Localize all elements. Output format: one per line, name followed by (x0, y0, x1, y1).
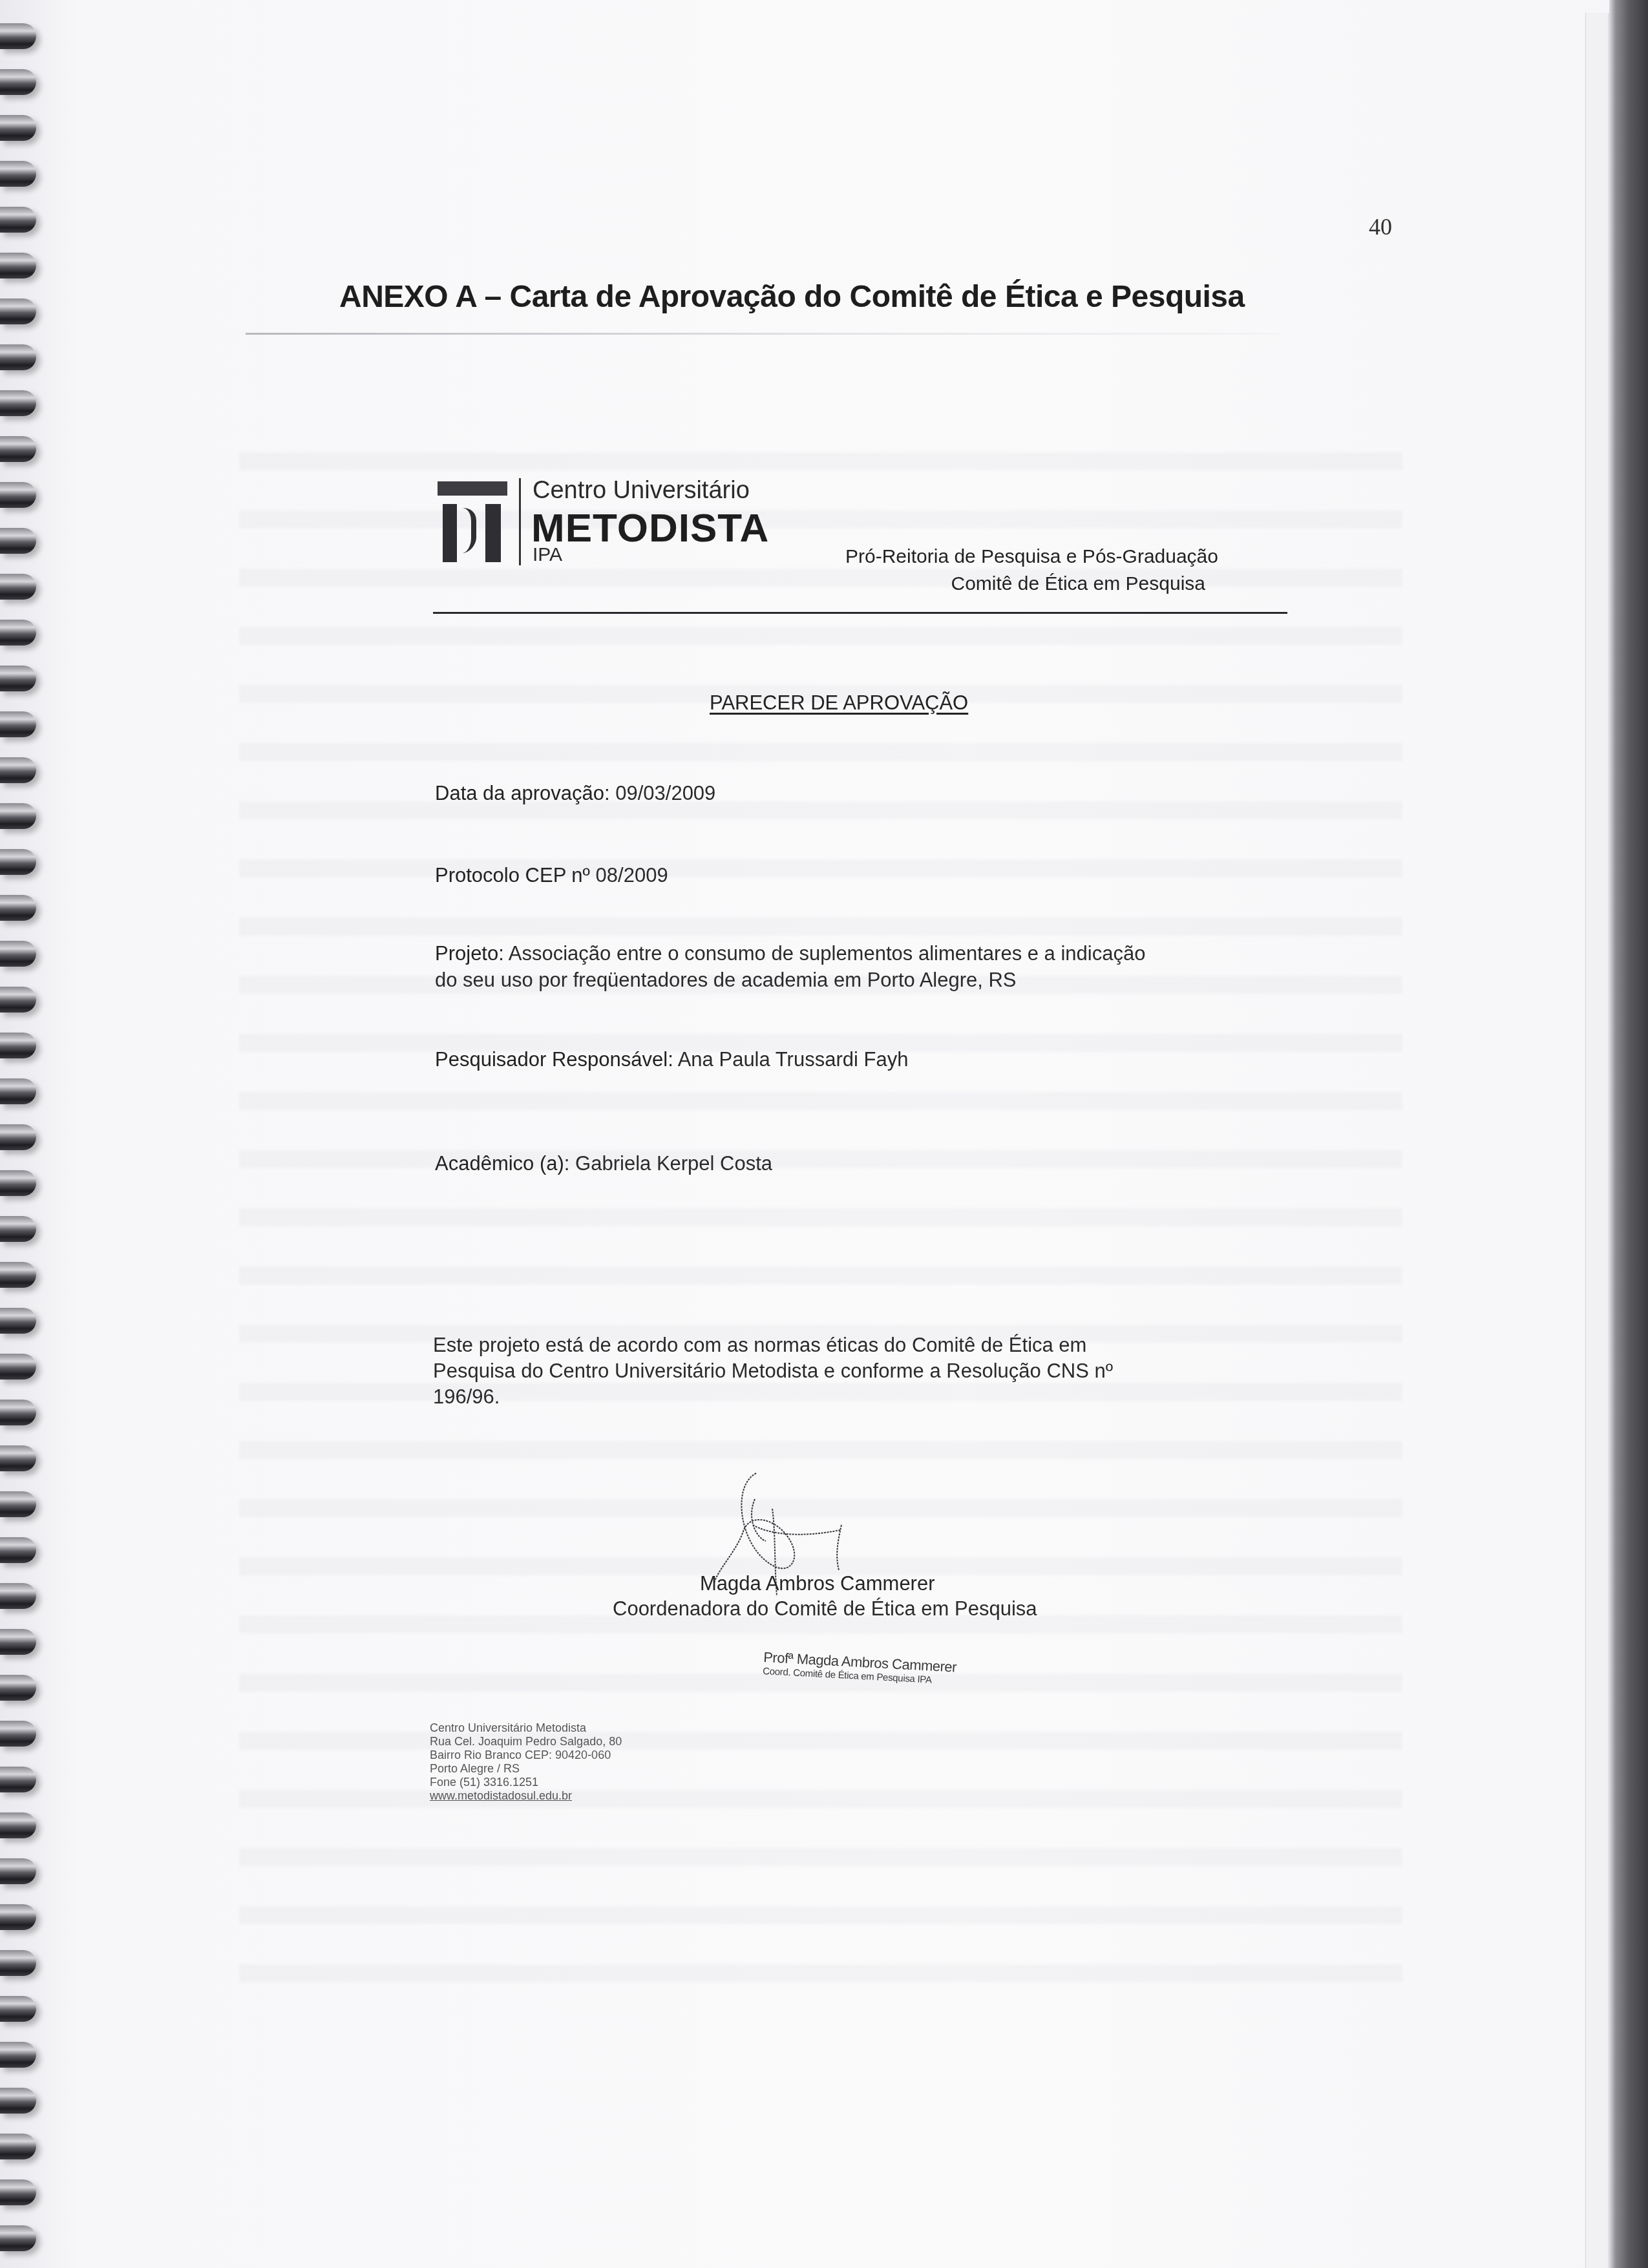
bleed-through-line (239, 1790, 1402, 1808)
binding-ring (0, 1950, 36, 1976)
binding-ring (0, 253, 36, 278)
binding-ring (0, 2225, 36, 2251)
address-line5: Fone (51) 3316.1251 (430, 1776, 622, 1789)
researcher-field: Pesquisador Responsável: Ana Paula Truss… (435, 1048, 908, 1071)
binding-ring (0, 620, 36, 646)
institution-name-line2: METODISTA (531, 505, 769, 551)
address-line3: Bairro Rio Branco CEP: 90420-060 (430, 1748, 622, 1762)
binding-ring (0, 23, 36, 49)
bleed-through-line (239, 1092, 1402, 1110)
document-page: 40 ANEXO A – Carta de Aprovação do Comit… (0, 0, 1609, 2268)
binding-ring (0, 574, 36, 600)
binding-ring (0, 1262, 36, 1288)
researcher-label: Pesquisador Responsável: (435, 1048, 673, 1071)
student-field: Acadêmico (a): Gabriela Kerpel Costa (435, 1152, 772, 1175)
project-value-line2: do seu uso por freqüentadores de academi… (435, 969, 1017, 992)
binding-ring (0, 1812, 36, 1838)
address-line1: Centro Universitário Metodista (430, 1721, 622, 1735)
approval-heading: PARECER DE APROVAÇÃO (710, 691, 968, 715)
signatory-name: Magda Ambros Cammerer (700, 1572, 935, 1595)
bleed-through-line (239, 1441, 1402, 1459)
approval-date-value: 09/03/2009 (615, 782, 715, 804)
protocol-value: 08/2009 (596, 864, 668, 887)
department-name: Pró-Reitoria de Pesquisa e Pós-Graduação (845, 546, 1218, 568)
website-link[interactable]: www.metodistadosul.edu.br (430, 1789, 622, 1803)
student-label: Acadêmico (a): (435, 1152, 569, 1175)
institution-address: Centro Universitário Metodista Rua Cel. … (430, 1721, 622, 1803)
binding-ring (0, 2042, 36, 2068)
binding-ring (0, 390, 36, 416)
institution-name-line3: IPA (533, 544, 562, 566)
ethics-statement-line2: Pesquisa do Centro Universitário Metodis… (433, 1358, 1273, 1384)
committee-name: Comitê de Ética em Pesquisa (951, 573, 1205, 595)
spiral-binding (0, 0, 45, 2268)
approval-date-label: Data da aprovação: (435, 782, 610, 804)
binding-ring (0, 1537, 36, 1563)
binding-ring (0, 941, 36, 967)
protocol-field: Protocolo CEP nº 08/2009 (435, 864, 668, 887)
binding-ring (0, 1033, 36, 1058)
binding-ring (0, 711, 36, 737)
bleed-through-line (239, 569, 1402, 587)
bleed-through-line (239, 510, 1402, 529)
binding-ring (0, 115, 36, 141)
address-line2: Rua Cel. Joaquim Pedro Salgado, 80 (430, 1735, 622, 1748)
binding-ring (0, 666, 36, 691)
metodista-logo-icon (438, 481, 509, 562)
bleed-through-line (239, 859, 1402, 877)
binding-ring (0, 2088, 36, 2114)
logo-divider (519, 478, 521, 565)
student-value: Gabriela Kerpel Costa (575, 1152, 772, 1175)
researcher-value: Ana Paula Trussardi Fayh (678, 1048, 909, 1071)
scanner-edge-shadow (1609, 0, 1648, 2268)
binding-ring (0, 299, 36, 324)
binding-ring (0, 436, 36, 462)
bleed-through-line (239, 918, 1402, 936)
project-field: Projeto: Associação entre o consumo de s… (435, 942, 1145, 965)
page-stack-edge (1585, 13, 1609, 2268)
approval-date-field: Data da aprovação: 09/03/2009 (435, 782, 715, 805)
bleed-through-line (239, 1732, 1402, 1750)
binding-ring (0, 1308, 36, 1334)
ethics-statement-line3: 196/96. (433, 1384, 1273, 1410)
project-label: Projeto: (435, 942, 504, 965)
binding-ring (0, 2179, 36, 2205)
binding-ring (0, 987, 36, 1013)
bleed-through-line (239, 1848, 1402, 1866)
bleed-through-line (239, 452, 1402, 470)
binding-ring (0, 1491, 36, 1517)
bleed-through-line (239, 743, 1402, 761)
binding-ring (0, 528, 36, 554)
ethics-statement-line1: Este projeto está de acordo com as norma… (433, 1332, 1273, 1358)
bleed-through-line (239, 801, 1402, 819)
binding-ring (0, 482, 36, 508)
binding-ring (0, 1400, 36, 1425)
bleed-through-line (239, 1208, 1402, 1226)
binding-ring (0, 1583, 36, 1609)
annex-title: ANEXO A – Carta de Aprovação do Comitê d… (339, 279, 1245, 315)
binding-ring (0, 207, 36, 233)
institution-name-line1: Centro Universitário (533, 477, 750, 505)
binding-ring (0, 1721, 36, 1747)
binding-ring (0, 1904, 36, 1930)
bleed-through-line (239, 1150, 1402, 1168)
binding-ring (0, 895, 36, 921)
bleed-through-line (239, 1906, 1402, 1924)
binding-ring (0, 2134, 36, 2159)
bleed-through-line (239, 1266, 1402, 1285)
binding-ring (0, 161, 36, 187)
address-line4: Porto Alegre / RS (430, 1762, 622, 1776)
binding-ring (0, 1354, 36, 1380)
binding-ring (0, 1216, 36, 1242)
binding-ring (0, 1767, 36, 1792)
signatory-role: Coordenadora do Comitê de Ética em Pesqu… (613, 1597, 1037, 1621)
binding-ring (0, 757, 36, 783)
ethics-statement: Este projeto está de acordo com as norma… (433, 1332, 1273, 1410)
binding-ring (0, 69, 36, 95)
binding-ring (0, 344, 36, 370)
binding-ring (0, 1170, 36, 1196)
project-value-line1: Associação entre o consumo de suplemento… (509, 942, 1146, 965)
binding-ring (0, 1858, 36, 1884)
bleed-through-line (239, 627, 1402, 645)
binding-ring (0, 1445, 36, 1471)
bleed-through-line (239, 1964, 1402, 1982)
page-number: 40 (1369, 213, 1392, 240)
binding-ring (0, 1675, 36, 1701)
binding-ring (0, 1124, 36, 1150)
protocol-label: Protocolo CEP nº (435, 864, 590, 887)
binding-ring (0, 1078, 36, 1104)
binding-ring (0, 849, 36, 875)
binding-ring (0, 803, 36, 829)
binding-ring (0, 1996, 36, 2022)
binding-ring (0, 1629, 36, 1655)
title-divider (246, 333, 1280, 335)
letterhead-rule (433, 612, 1287, 614)
